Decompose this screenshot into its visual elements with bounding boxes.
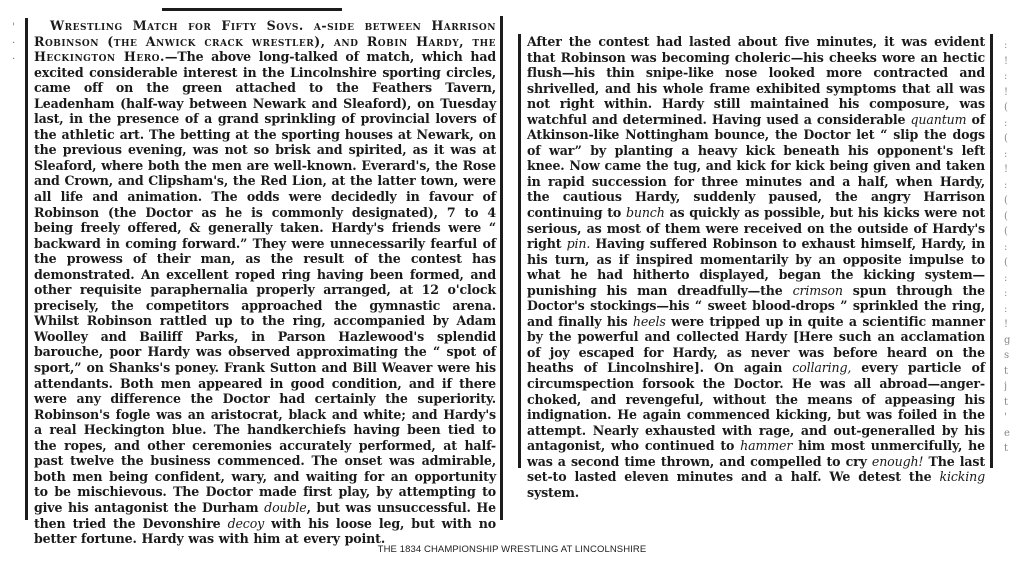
column-top-rule (162, 8, 342, 11)
column-rule (500, 16, 503, 520)
column-rule (25, 18, 28, 520)
adjacent-column-fragment-right: : ! : ! ( : ( : ! : ( ( ( : ( : : : ! g … (1004, 38, 1010, 458)
article-paragraph: After the contest had lasted about five … (527, 34, 985, 500)
adjacent-column-fragment-left: ' · · (12, 20, 18, 80)
column-rule (990, 34, 993, 468)
column-rule (518, 34, 521, 468)
article-column-left: Wrestling Match for Fifty Sovs. a-side b… (22, 18, 508, 520)
article-paragraph: Wrestling Match for Fifty Sovs. a-side b… (34, 18, 496, 547)
article-column-right: After the contest had lasted about five … (515, 34, 997, 468)
image-caption: THE 1834 CHAMPIONSHIP WRESTLING AT LINCO… (0, 544, 1024, 555)
